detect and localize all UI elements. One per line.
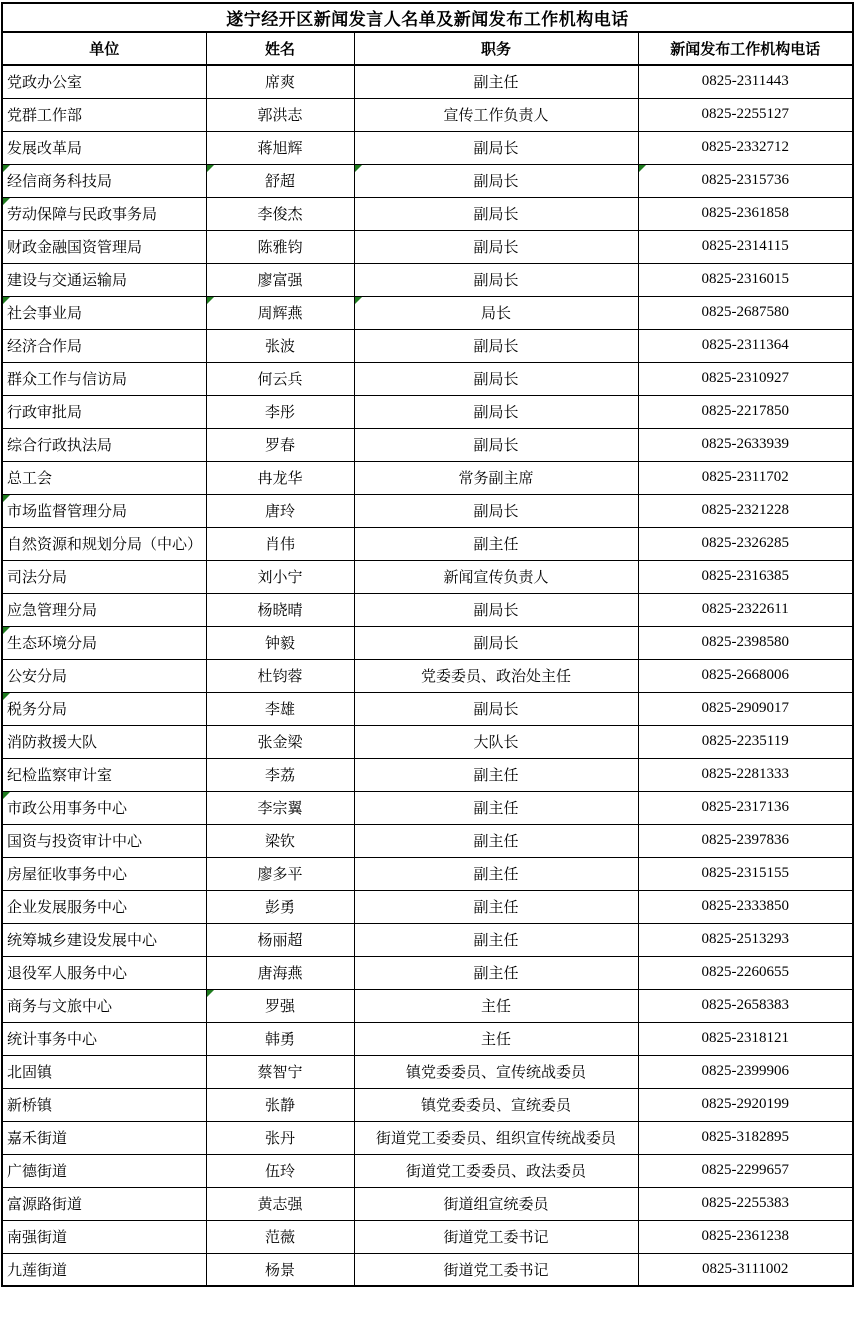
cell-unit: 税务分局 — [2, 692, 206, 725]
document-page: 遂宁经开区新闻发言人名单及新闻发布工作机构电话 单位 姓名 职务 新闻发布工作机… — [0, 0, 854, 1331]
cell-name: 杨景 — [206, 1253, 354, 1286]
table-row: 行政审批局李彤副局长0825-2217850 — [2, 395, 853, 428]
cell-name: 席爽 — [206, 65, 354, 98]
cell-unit: 行政审批局 — [2, 395, 206, 428]
cell-position: 副主任 — [354, 65, 638, 98]
cell-unit: 综合行政执法局 — [2, 428, 206, 461]
cell-name: 周辉燕 — [206, 296, 354, 329]
cell-position: 副局长 — [354, 494, 638, 527]
cell-position: 镇党委委员、宣统委员 — [354, 1088, 638, 1121]
cell-name: 李荔 — [206, 758, 354, 791]
cell-position: 副主任 — [354, 791, 638, 824]
table-row: 经济合作局张波副局长0825-2311364 — [2, 329, 853, 362]
cell-name: 肖伟 — [206, 527, 354, 560]
table-row: 劳动保障与民政事务局李俊杰副局长0825-2361858 — [2, 197, 853, 230]
cell-phone: 0825-2299657 — [638, 1154, 853, 1187]
cell-unit: 新桥镇 — [2, 1088, 206, 1121]
cell-name: 何云兵 — [206, 362, 354, 395]
cell-position: 副主任 — [354, 857, 638, 890]
cell-position: 副局长 — [354, 428, 638, 461]
cell-unit: 消防救援大队 — [2, 725, 206, 758]
cell-phone: 0825-2260655 — [638, 956, 853, 989]
table-row: 财政金融国资管理局陈雅钧副局长0825-2314115 — [2, 230, 853, 263]
table-row: 总工会冉龙华常务副主席0825-2311702 — [2, 461, 853, 494]
column-header-name: 姓名 — [206, 32, 354, 65]
cell-position: 副主任 — [354, 527, 638, 560]
cell-unit: 房屋征收事务中心 — [2, 857, 206, 890]
cell-phone: 0825-2255127 — [638, 98, 853, 131]
table-row: 应急管理分局杨晓晴副局长0825-2322611 — [2, 593, 853, 626]
cell-name: 李雄 — [206, 692, 354, 725]
cell-position: 副主任 — [354, 824, 638, 857]
cell-position: 党委委员、政治处主任 — [354, 659, 638, 692]
cell-phone: 0825-2321228 — [638, 494, 853, 527]
cell-phone: 0825-2315155 — [638, 857, 853, 890]
cell-position: 街道党工委委员、政法委员 — [354, 1154, 638, 1187]
cell-position: 新闻宣传负责人 — [354, 560, 638, 593]
cell-name: 冉龙华 — [206, 461, 354, 494]
column-header-position: 职务 — [354, 32, 638, 65]
table-row: 富源路街道黄志强街道组宣统委员0825-2255383 — [2, 1187, 853, 1220]
cell-phone: 0825-2317136 — [638, 791, 853, 824]
cell-unit: 商务与文旅中心 — [2, 989, 206, 1022]
cell-position: 常务副主席 — [354, 461, 638, 494]
cell-phone: 0825-2361238 — [638, 1220, 853, 1253]
cell-unit: 市政公用事务中心 — [2, 791, 206, 824]
cell-unit: 应急管理分局 — [2, 593, 206, 626]
table-row: 退役军人服务中心唐海燕副主任0825-2260655 — [2, 956, 853, 989]
cell-phone: 0825-2333850 — [638, 890, 853, 923]
cell-phone: 0825-2361858 — [638, 197, 853, 230]
cell-phone: 0825-2909017 — [638, 692, 853, 725]
column-header-unit: 单位 — [2, 32, 206, 65]
cell-name: 蒋旭辉 — [206, 131, 354, 164]
cell-name: 韩勇 — [206, 1022, 354, 1055]
cell-position: 副局长 — [354, 230, 638, 263]
cell-phone: 0825-2235119 — [638, 725, 853, 758]
cell-position: 副主任 — [354, 956, 638, 989]
table-row: 自然资源和规划分局（中心）肖伟副主任0825-2326285 — [2, 527, 853, 560]
table-row: 建设与交通运输局廖富强副局长0825-2316015 — [2, 263, 853, 296]
cell-phone: 0825-2315736 — [638, 164, 853, 197]
cell-phone: 0825-2397836 — [638, 824, 853, 857]
cell-phone: 0825-2318121 — [638, 1022, 853, 1055]
table-row: 党政办公室席爽副主任0825-2311443 — [2, 65, 853, 98]
cell-name: 蔡智宁 — [206, 1055, 354, 1088]
cell-unit: 经济合作局 — [2, 329, 206, 362]
table-row: 房屋征收事务中心廖多平副主任0825-2315155 — [2, 857, 853, 890]
cell-phone: 0825-2311364 — [638, 329, 853, 362]
cell-unit: 北固镇 — [2, 1055, 206, 1088]
cell-phone: 0825-2687580 — [638, 296, 853, 329]
cell-name: 廖富强 — [206, 263, 354, 296]
cell-position: 主任 — [354, 1022, 638, 1055]
table-row: 经信商务科技局舒超副局长0825-2315736 — [2, 164, 853, 197]
cell-unit: 统计事务中心 — [2, 1022, 206, 1055]
spokesperson-table: 遂宁经开区新闻发言人名单及新闻发布工作机构电话 单位 姓名 职务 新闻发布工作机… — [1, 2, 854, 1287]
cell-unit: 企业发展服务中心 — [2, 890, 206, 923]
cell-unit: 经信商务科技局 — [2, 164, 206, 197]
cell-position: 街道党工委书记 — [354, 1220, 638, 1253]
cell-name: 钟毅 — [206, 626, 354, 659]
cell-position: 主任 — [354, 989, 638, 1022]
cell-position: 副局长 — [354, 395, 638, 428]
table-body: 党政办公室席爽副主任0825-2311443党群工作部郭洪志宣传工作负责人082… — [2, 65, 853, 1286]
cell-unit: 建设与交通运输局 — [2, 263, 206, 296]
table-title: 遂宁经开区新闻发言人名单及新闻发布工作机构电话 — [2, 3, 853, 32]
cell-phone: 0825-3182895 — [638, 1121, 853, 1154]
table-row: 发展改革局蒋旭辉副局长0825-2332712 — [2, 131, 853, 164]
cell-phone: 0825-2311702 — [638, 461, 853, 494]
cell-name: 杨丽超 — [206, 923, 354, 956]
cell-name: 郭洪志 — [206, 98, 354, 131]
cell-phone: 0825-2281333 — [638, 758, 853, 791]
table-row: 商务与文旅中心罗强主任0825-2658383 — [2, 989, 853, 1022]
cell-unit: 发展改革局 — [2, 131, 206, 164]
cell-position: 宣传工作负责人 — [354, 98, 638, 131]
cell-position: 副局长 — [354, 626, 638, 659]
table-row: 消防救援大队张金梁大队长0825-2235119 — [2, 725, 853, 758]
cell-phone: 0825-2668006 — [638, 659, 853, 692]
cell-position: 街道党工委书记 — [354, 1253, 638, 1286]
cell-position: 街道组宣统委员 — [354, 1187, 638, 1220]
cell-position: 副局长 — [354, 692, 638, 725]
table-row: 税务分局李雄副局长0825-2909017 — [2, 692, 853, 725]
cell-unit: 劳动保障与民政事务局 — [2, 197, 206, 230]
cell-position: 副局长 — [354, 164, 638, 197]
table-row: 南强街道范薇街道党工委书记0825-2361238 — [2, 1220, 853, 1253]
cell-name: 唐海燕 — [206, 956, 354, 989]
cell-name: 杜钧蓉 — [206, 659, 354, 692]
cell-unit: 九莲街道 — [2, 1253, 206, 1286]
cell-name: 舒超 — [206, 164, 354, 197]
cell-position: 副局长 — [354, 329, 638, 362]
header-row: 单位 姓名 职务 新闻发布工作机构电话 — [2, 32, 853, 65]
cell-unit: 生态环境分局 — [2, 626, 206, 659]
cell-position: 副主任 — [354, 890, 638, 923]
table-row: 群众工作与信访局何云兵副局长0825-2310927 — [2, 362, 853, 395]
table-row: 社会事业局周辉燕局长0825-2687580 — [2, 296, 853, 329]
table-row: 企业发展服务中心彭勇副主任0825-2333850 — [2, 890, 853, 923]
cell-name: 彭勇 — [206, 890, 354, 923]
cell-unit: 国资与投资审计中心 — [2, 824, 206, 857]
cell-position: 副局长 — [354, 362, 638, 395]
cell-phone: 0825-2920199 — [638, 1088, 853, 1121]
cell-position: 大队长 — [354, 725, 638, 758]
cell-phone: 0825-2326285 — [638, 527, 853, 560]
cell-unit: 社会事业局 — [2, 296, 206, 329]
cell-unit: 司法分局 — [2, 560, 206, 593]
cell-phone: 0825-2310927 — [638, 362, 853, 395]
table-row: 综合行政执法局罗春副局长0825-2633939 — [2, 428, 853, 461]
cell-position: 副局长 — [354, 131, 638, 164]
cell-phone: 0825-2399906 — [638, 1055, 853, 1088]
cell-phone: 0825-2311443 — [638, 65, 853, 98]
table-row: 广德街道伍玲街道党工委委员、政法委员0825-2299657 — [2, 1154, 853, 1187]
cell-position: 副主任 — [354, 758, 638, 791]
cell-unit: 党政办公室 — [2, 65, 206, 98]
cell-name: 张丹 — [206, 1121, 354, 1154]
cell-position: 局长 — [354, 296, 638, 329]
cell-name: 伍玲 — [206, 1154, 354, 1187]
cell-position: 镇党委委员、宣传统战委员 — [354, 1055, 638, 1088]
cell-phone: 0825-2398580 — [638, 626, 853, 659]
cell-phone: 0825-2633939 — [638, 428, 853, 461]
cell-name: 梁钦 — [206, 824, 354, 857]
table-row: 统筹城乡建设发展中心杨丽超副主任0825-2513293 — [2, 923, 853, 956]
cell-phone: 0825-2658383 — [638, 989, 853, 1022]
cell-phone: 0825-3111002 — [638, 1253, 853, 1286]
cell-position: 副主任 — [354, 923, 638, 956]
cell-name: 廖多平 — [206, 857, 354, 890]
cell-name: 黄志强 — [206, 1187, 354, 1220]
cell-unit: 广德街道 — [2, 1154, 206, 1187]
table-row: 生态环境分局钟毅副局长0825-2398580 — [2, 626, 853, 659]
table-row: 纪检监察审计室李荔副主任0825-2281333 — [2, 758, 853, 791]
cell-name: 张金梁 — [206, 725, 354, 758]
table-row: 党群工作部郭洪志宣传工作负责人0825-2255127 — [2, 98, 853, 131]
cell-unit: 统筹城乡建设发展中心 — [2, 923, 206, 956]
cell-position: 副局长 — [354, 593, 638, 626]
table-row: 司法分局刘小宁新闻宣传负责人0825-2316385 — [2, 560, 853, 593]
cell-name: 范薇 — [206, 1220, 354, 1253]
cell-unit: 市场监督管理分局 — [2, 494, 206, 527]
cell-unit: 富源路街道 — [2, 1187, 206, 1220]
cell-phone: 0825-2316385 — [638, 560, 853, 593]
cell-unit: 退役军人服务中心 — [2, 956, 206, 989]
cell-phone: 0825-2217850 — [638, 395, 853, 428]
cell-phone: 0825-2316015 — [638, 263, 853, 296]
cell-unit: 群众工作与信访局 — [2, 362, 206, 395]
cell-unit: 南强街道 — [2, 1220, 206, 1253]
cell-phone: 0825-2322611 — [638, 593, 853, 626]
cell-unit: 纪检监察审计室 — [2, 758, 206, 791]
cell-unit: 财政金融国资管理局 — [2, 230, 206, 263]
cell-name: 李彤 — [206, 395, 354, 428]
cell-phone: 0825-2255383 — [638, 1187, 853, 1220]
column-header-phone: 新闻发布工作机构电话 — [638, 32, 853, 65]
title-row: 遂宁经开区新闻发言人名单及新闻发布工作机构电话 — [2, 3, 853, 32]
cell-name: 刘小宁 — [206, 560, 354, 593]
table-row: 北固镇蔡智宁镇党委委员、宣传统战委员0825-2399906 — [2, 1055, 853, 1088]
cell-unit: 嘉禾街道 — [2, 1121, 206, 1154]
cell-name: 罗春 — [206, 428, 354, 461]
table-row: 统计事务中心韩勇主任0825-2318121 — [2, 1022, 853, 1055]
cell-name: 李俊杰 — [206, 197, 354, 230]
cell-position: 副局长 — [354, 197, 638, 230]
table-row: 公安分局杜钧蓉党委委员、政治处主任0825-2668006 — [2, 659, 853, 692]
table-row: 嘉禾街道张丹街道党工委委员、组织宣传统战委员0825-3182895 — [2, 1121, 853, 1154]
cell-phone: 0825-2314115 — [638, 230, 853, 263]
cell-unit: 总工会 — [2, 461, 206, 494]
cell-name: 陈雅钧 — [206, 230, 354, 263]
cell-position: 街道党工委委员、组织宣传统战委员 — [354, 1121, 638, 1154]
table-row: 市场监督管理分局唐玲副局长0825-2321228 — [2, 494, 853, 527]
table-row: 市政公用事务中心李宗翼副主任0825-2317136 — [2, 791, 853, 824]
cell-unit: 党群工作部 — [2, 98, 206, 131]
cell-name: 李宗翼 — [206, 791, 354, 824]
cell-phone: 0825-2332712 — [638, 131, 853, 164]
cell-position: 副局长 — [354, 263, 638, 296]
table-row: 新桥镇张静镇党委委员、宣统委员0825-2920199 — [2, 1088, 853, 1121]
cell-phone: 0825-2513293 — [638, 923, 853, 956]
cell-name: 罗强 — [206, 989, 354, 1022]
cell-unit: 公安分局 — [2, 659, 206, 692]
table-row: 国资与投资审计中心梁钦副主任0825-2397836 — [2, 824, 853, 857]
cell-name: 张静 — [206, 1088, 354, 1121]
cell-name: 张波 — [206, 329, 354, 362]
cell-name: 杨晓晴 — [206, 593, 354, 626]
cell-name: 唐玲 — [206, 494, 354, 527]
cell-unit: 自然资源和规划分局（中心） — [2, 527, 206, 560]
table-row: 九莲街道杨景街道党工委书记0825-3111002 — [2, 1253, 853, 1286]
